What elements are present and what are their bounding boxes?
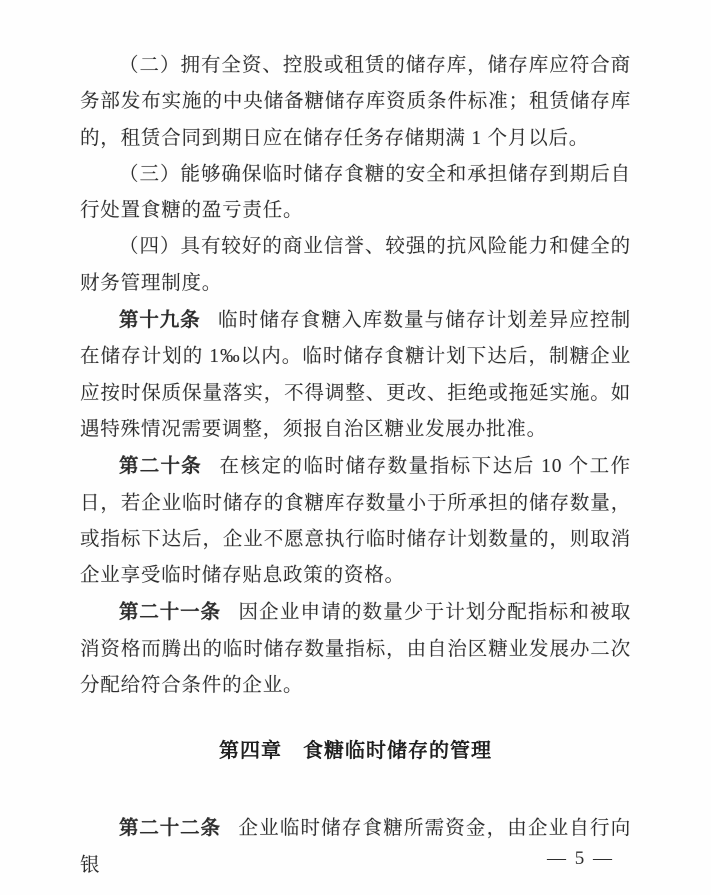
paragraph-item-4: （四）具有较好的商业信誉、较强的抗风险能力和健全的财务管理制度。 [80, 229, 631, 302]
page-number: — 5 — [547, 848, 614, 870]
paragraph-article-21: 第二十一条因企业申请的数量少于计划分配指标和被取消资格而腾出的临时储存数量指标，… [80, 594, 631, 704]
chapter-heading: 第四章 食糖临时储存的管理 [80, 732, 631, 770]
article-number: 第十九条 [119, 309, 200, 331]
article-number: 第二十一条 [119, 601, 221, 623]
article-number: 第二十二条 [119, 817, 221, 839]
paragraph-article-20: 第二十条在核定的临时储存数量指标下达后 10 个工作日，若企业临时储存的食糖库存… [80, 448, 631, 594]
paragraph-text: （三）能够确保临时储存食糖的安全和承担储存到期后自行处置食糖的盈亏责任。 [80, 164, 631, 221]
paragraph-text: （四）具有较好的商业信誉、较强的抗风险能力和健全的财务管理制度。 [80, 236, 631, 293]
paragraph-article-19: 第十九条临时储存食糖入库数量与储存计划差异应控制在储存计划的 1‰以内。临时储存… [80, 302, 631, 448]
paragraph-item-3: （三）能够确保临时储存食糖的安全和承担储存到期后自行处置食糖的盈亏责任。 [80, 157, 631, 230]
document-body: （二）拥有全资、控股或租赁的储存库，储存库应符合商务部发布实施的中央储备糖储存库… [80, 48, 631, 884]
article-number: 第二十条 [119, 455, 202, 477]
paragraph-item-2: （二）拥有全资、控股或租赁的储存库，储存库应符合商务部发布实施的中央储备糖储存库… [80, 48, 631, 157]
document-page: （二）拥有全资、控股或租赁的储存库，储存库应符合商务部发布实施的中央储备糖储存库… [0, 0, 711, 895]
paragraph-text: （二）拥有全资、控股或租赁的储存库，储存库应符合商务部发布实施的中央储备糖储存库… [80, 55, 631, 149]
